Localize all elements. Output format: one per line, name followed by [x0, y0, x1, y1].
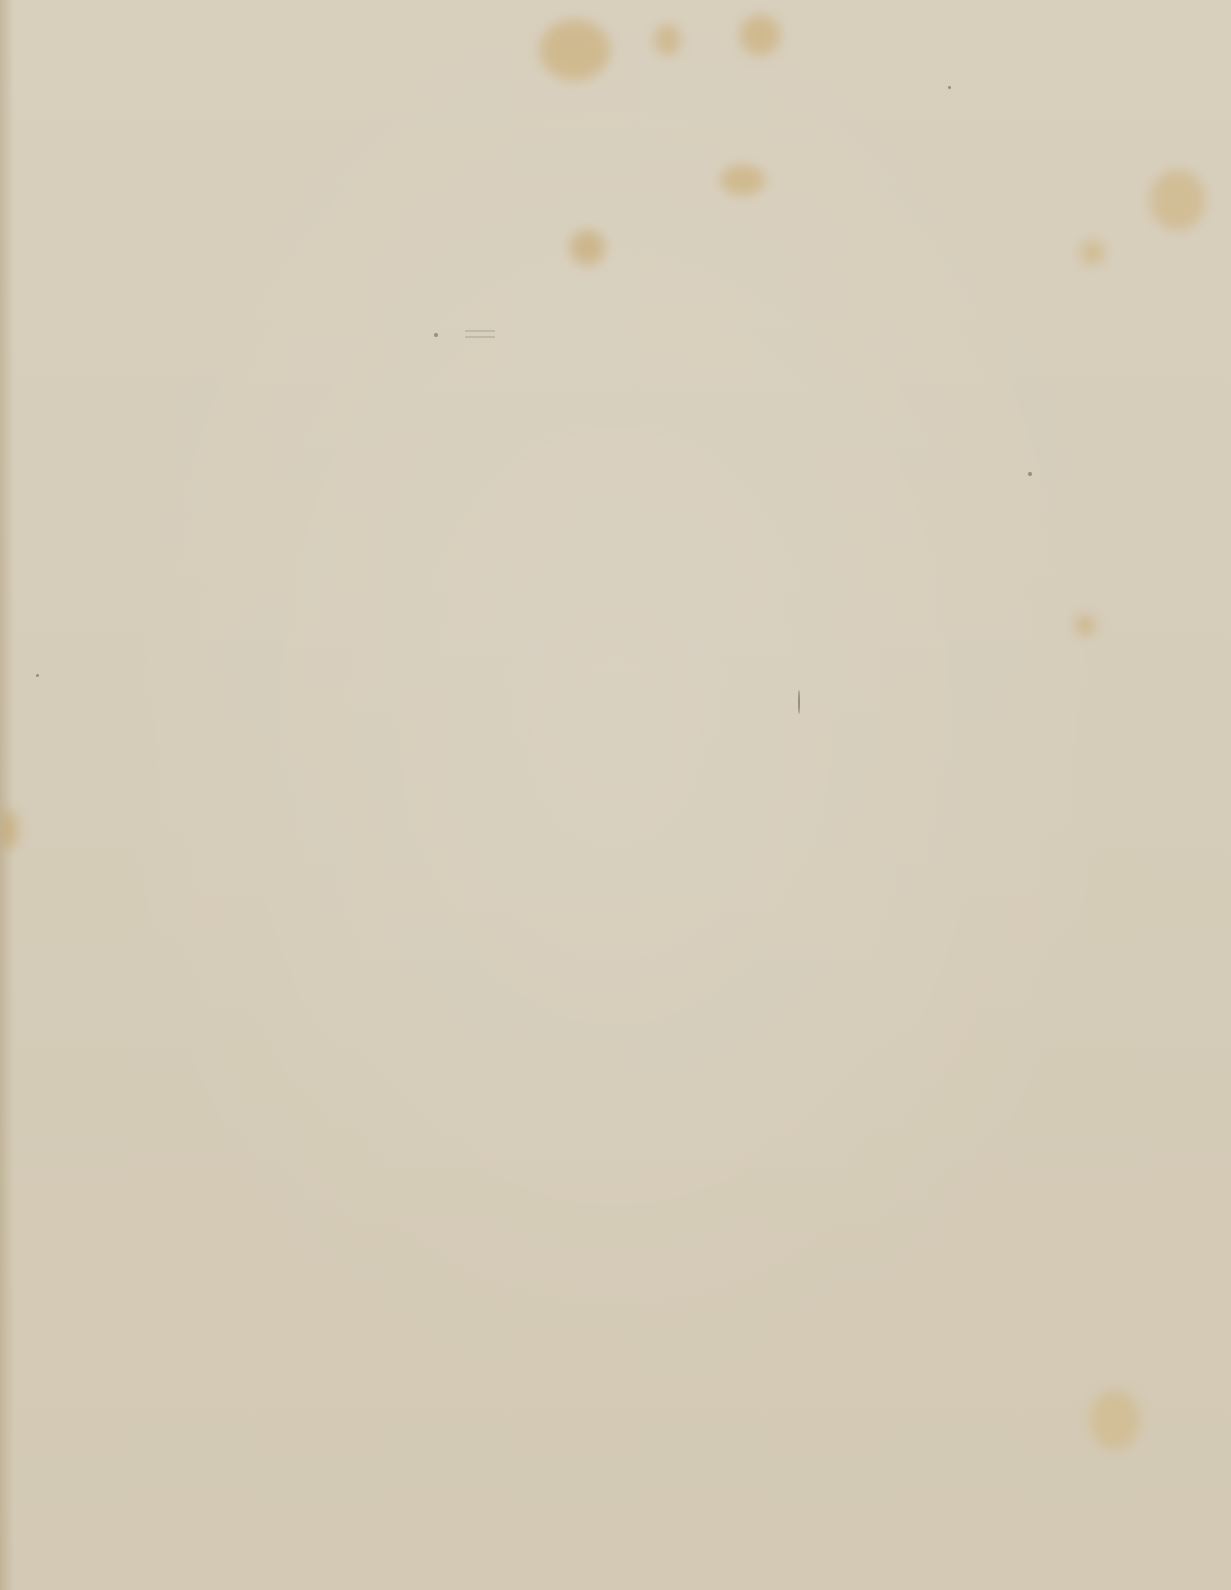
paper-stain: [570, 230, 605, 265]
paper-stain: [1090, 1390, 1140, 1450]
paper-fleck: [1028, 472, 1032, 476]
page-edge-shadow: [0, 0, 14, 1590]
paper-fleck: [434, 333, 438, 337]
bleed-through-mark: [465, 336, 495, 338]
paper-stain: [740, 15, 780, 55]
paper-fleck: [798, 690, 800, 714]
paper-fleck: [948, 86, 951, 89]
paper-fleck: [36, 674, 39, 677]
paper-stain: [540, 20, 610, 80]
paper-page: [0, 0, 1231, 1590]
paper-stain: [720, 165, 765, 195]
bleed-through-mark: [465, 330, 495, 332]
paper-stain: [0, 810, 18, 850]
paper-stain: [655, 25, 680, 55]
paper-stain: [1075, 615, 1095, 635]
paper-stain: [1080, 240, 1105, 265]
paper-stain: [1150, 170, 1205, 230]
